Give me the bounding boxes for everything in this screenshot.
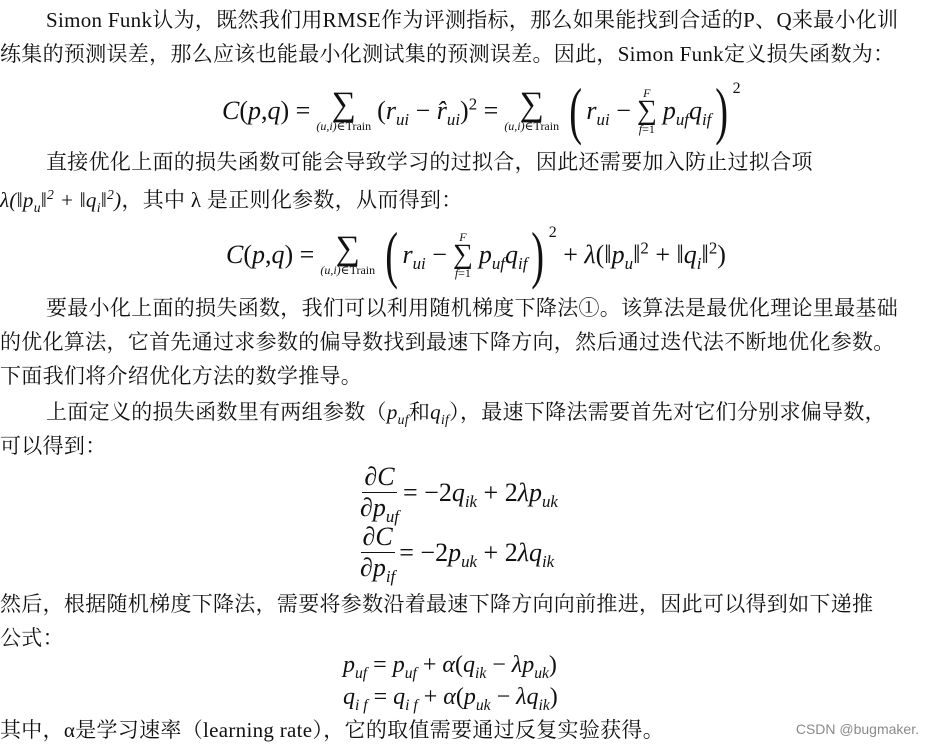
- equation-gradient-q: ∂C∂pif = −2puk + 2λqik: [360, 522, 554, 583]
- equation-gradient-p: ∂C∂puf = −2qik + 2λpuk: [360, 462, 558, 523]
- paragraph-line: 公式：: [0, 624, 64, 652]
- paragraph-line: 可以得到：: [0, 432, 107, 460]
- paragraph-line: 要最小化上面的损失函数，我们可以利用随机梯度下降法①。该算法是最优化理论里最基础: [0, 294, 898, 322]
- paragraph-line: 练集的预测误差，那么应该也能最小化测试集的预测误差。因此，Simon Funk定…: [0, 40, 894, 68]
- paragraph-line: 上面定义的损失函数里有两组参数（puf和qif），最速下降法需要首先对它们分别求…: [0, 398, 886, 426]
- paragraph-line: 其中，α是学习速率（learning rate），它的取值需要通过反复实验获得。: [0, 716, 664, 744]
- document-page: Simon Funk认为，既然我们用RMSE作为评测指标，那么如果能找到合适的P…: [0, 0, 931, 745]
- equation-update-p: puf = puf + α(qik − λpuk): [343, 652, 557, 679]
- regularization-term: λ(‖pu‖2 + ‖qi‖2): [0, 188, 121, 212]
- paragraph-line: 然后，根据随机梯度下降法，需要将参数沿着最速下降方向向前推进，因此可以得到如下递…: [0, 590, 873, 618]
- equation-update-q: qi f = qi f + α(puk − λqik): [343, 684, 558, 711]
- paragraph-line: 直接优化上面的损失函数可能会导致学习的过拟合，因此还需要加入防止过拟合项: [0, 148, 813, 176]
- paragraph-line: 的优化算法，它首先通过求参数的偏导数找到最速下降方向，然后通过迭代法不断地优化参…: [0, 328, 895, 356]
- paragraph-line: 下面我们将介绍优化方法的数学推导。: [0, 362, 362, 390]
- equation-loss: C(p,q) = ∑(u,i)∈Train (rui − r̂ui)2 = ∑(…: [222, 78, 741, 144]
- equation-loss-regularized: C(p,q) = ∑(u,i)∈Train ( rui − F∑f=1 pufq…: [226, 222, 726, 288]
- paragraph-line: Simon Funk认为，既然我们用RMSE作为评测指标，那么如果能找到合适的P…: [0, 6, 898, 34]
- paragraph-line: λ(‖pu‖2 + ‖qi‖2)，其中 λ 是正则化参数，从而得到：: [0, 186, 463, 214]
- watermark: CSDN @bugmaker.: [796, 721, 919, 737]
